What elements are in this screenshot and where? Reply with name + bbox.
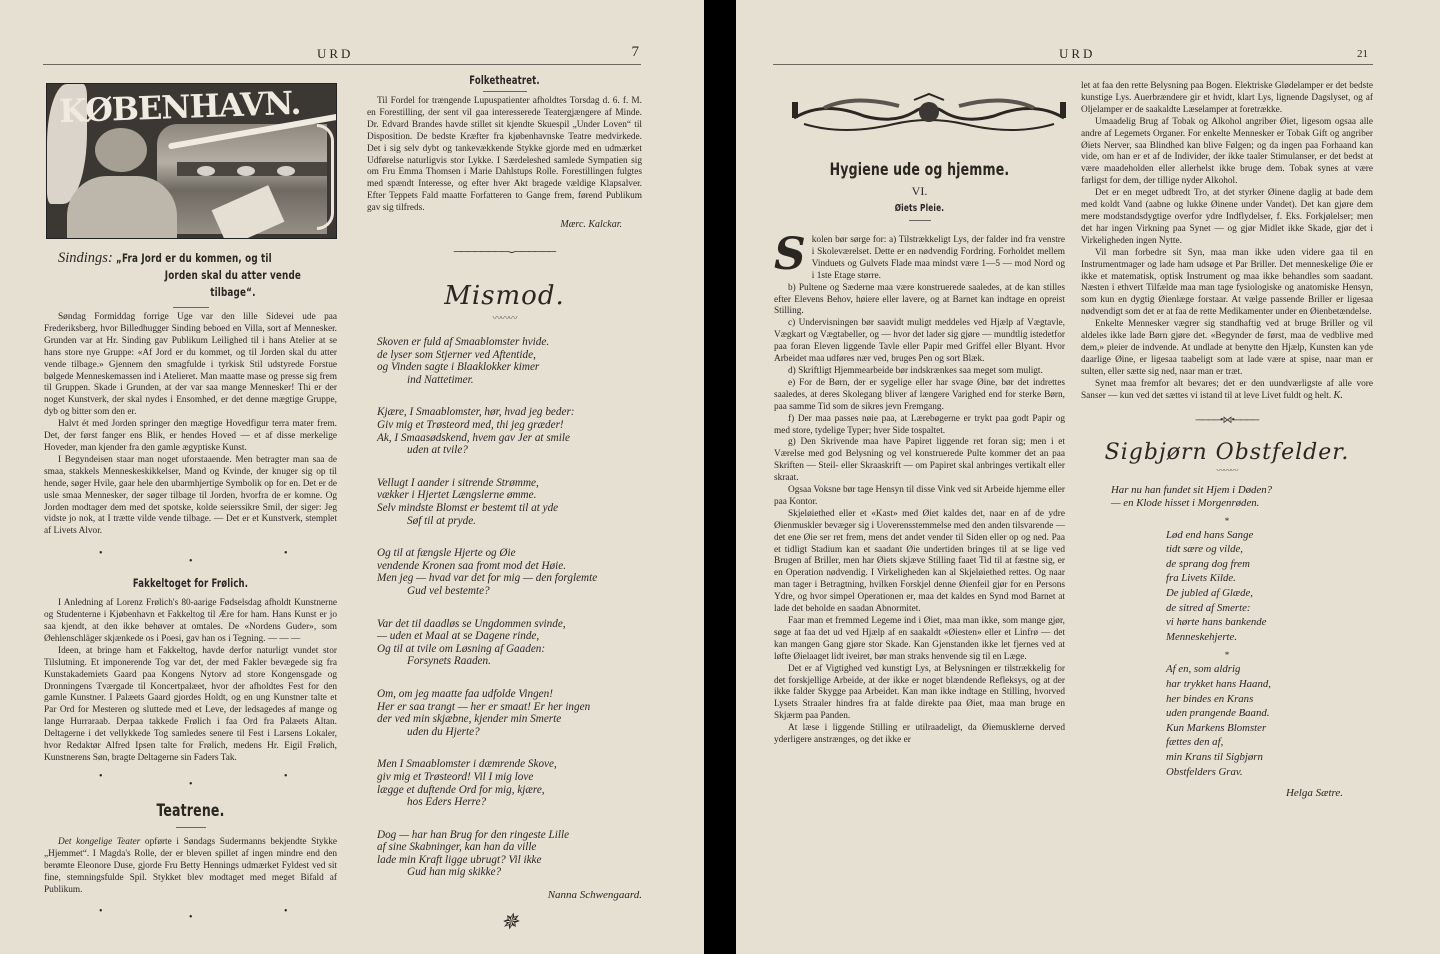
right-page: URD 21 Hygiene ude og hjemme. VI. Øiets … <box>736 0 1440 954</box>
poem-line: har trykket hans Haand, <box>1166 677 1373 692</box>
hygiene-paragraph: Det er af Vigtighed ved kunstigt Lys, at… <box>774 664 1065 724</box>
sindings-quote-2: Jorden skal du atter vende tilbage“. <box>156 267 310 301</box>
obstfelder-stanza-2: Af en, som aldrighar trykket hans Haand,… <box>1081 662 1373 779</box>
poem-line: Gud vel bestemte? <box>377 585 642 598</box>
hygiene-continued: let at faa den rette Belysning paa Bogen… <box>1081 81 1373 402</box>
poem-line: de sprang dog frem <box>1166 557 1373 572</box>
hygiene-paragraph: let at faa den rette Belysning paa Bogen… <box>1081 81 1373 117</box>
hygiene-heading: Hygiene ude og hjemme. <box>800 160 1039 180</box>
poem-stanza: Var det til daadløs se Ungdommen svinde,… <box>377 618 642 668</box>
obstfelder-stanza-1: Lød end hans Sangetidt sære og vilde,de … <box>1081 528 1373 645</box>
poem-stanza: Kjære, I Smaablomster, hør, hvad jeg bed… <box>377 406 642 456</box>
asterisk-separator: * <box>1081 650 1373 660</box>
poem-line: lægge et duftende Ord for mig, kjære, <box>377 784 642 797</box>
poem-line: giv mig et Trøsteord! Vil I mig love <box>377 771 642 784</box>
hygiene-paragraph: Umaadelig Brug af Tobak og Alkohol angri… <box>1081 117 1373 188</box>
poem-line: uden du Hjerte? <box>377 726 642 739</box>
poem-line: Giv mig et Trøsteord med, thi jeg græder… <box>377 419 642 432</box>
poem-line: Men jeg — hvad var det for mig — den for… <box>377 572 642 585</box>
poem-stanza: Om, om jeg maatte faa udfolde Vingen!Her… <box>377 688 642 738</box>
wave-divider: 〰〰〰 <box>367 311 642 324</box>
poem-line: Menneskehjerte. <box>1166 630 1373 645</box>
left-column-2: Folketheatret. Til Fordel for trængende … <box>367 73 642 928</box>
poem-line: vækker i Hjertet Længslerne ømme. <box>377 489 642 502</box>
obstfelder-signature: Helga Sætre. <box>1081 787 1343 799</box>
poem-line: Og til at fængsle Hjerte og Øie <box>377 547 642 560</box>
teatrene-heading: Teatrene. <box>70 801 310 821</box>
poem-line: Har nu han fundet sit Hjem i Døden? <box>1111 484 1373 497</box>
hygiene-subheading: Øiets Pleie. <box>800 203 1039 214</box>
left-page: URD 7 KØBENHAVN. Sindings: „Fra Jord er … <box>0 0 704 954</box>
teatrene-lead: Det kongelige Teater <box>58 837 140 847</box>
ornament-divider: ────────⌣────── <box>367 246 642 259</box>
right-column-2: let at faa den rette Belysning paa Bogen… <box>1081 81 1373 799</box>
folketheatret-paragraph: Til Fordel for trængende Lupuspatienter … <box>367 96 642 215</box>
right-column-1: Hygiene ude og hjemme. VI. Øiets Pleie. … <box>774 160 1065 747</box>
hygiene-paragraph: e) For de Børn, der er sygelige eller ha… <box>774 378 1065 414</box>
mismod-signature: Nanna Schwengaard. <box>377 889 642 902</box>
poem-line: Selv mindste Blomst er bestemt til at yd… <box>377 502 642 515</box>
poem-line: min Krans til Sigbjørn <box>1166 750 1373 765</box>
poem-line: hos Eders Herre? <box>377 796 642 809</box>
running-head: URD 7 <box>43 44 641 65</box>
poem-line: Gud han mig skikke? <box>377 866 642 879</box>
left-column-1: Sindings: „Fra Jord er du kommen, og til… <box>44 249 337 928</box>
poem-line: Om, om jeg maatte faa udfolde Vingen! <box>377 688 642 701</box>
poem-stanza: Dog — har han Brug for den ringeste Lill… <box>377 829 642 879</box>
sindings-label: Sindings: <box>58 250 113 266</box>
hygiene-paragraph: Ogsaa Voksne bør tage Hensyn til disse V… <box>774 485 1065 509</box>
journal-title: URD <box>317 46 353 62</box>
fakkeltoget-paragraph: Ideen, at bringe ham et Fakkeltog, havde… <box>44 646 337 765</box>
poem-line: Vellugt I aander i sitrende Strømme, <box>377 477 642 490</box>
poem-stanza: Og til at fængsle Hjerte og Øievendende … <box>377 547 642 597</box>
asterisk-separator: * <box>1081 516 1373 526</box>
poem-line: og Vinden sagte i Blaaklokker kimer <box>377 361 642 374</box>
sindings-paragraph: Søndag Formiddag forrige Uge var den lil… <box>44 312 337 419</box>
ornamental-header-icon <box>784 90 1074 140</box>
poem-line: de sitred af Smerte: <box>1166 601 1373 616</box>
poem-line: de lyser som Stjerner ved Aftentide, <box>377 349 642 362</box>
hygiene-paragraph: Vil man forbedre sit Syn, maa man ikke u… <box>1081 248 1373 319</box>
hygiene-paragraph: Synet maa fremfor alt bevares; det er de… <box>1081 379 1373 403</box>
poem-line: Og til at tvile om Løsning af Gaaden: <box>377 643 642 656</box>
star-ornament-icon: ✵ <box>377 916 642 929</box>
fakkeltoget-paragraph: I Anledning af Lorenz Frølich's 80-aarig… <box>44 598 337 646</box>
hygiene-paragraph: c) Undervisningen bør saavidt muligt med… <box>774 318 1065 366</box>
poem-stanza: Vellugt I aander i sitrende Strømme,vækk… <box>377 477 642 527</box>
poem-line: Her er saa trangt — her er smaat! Er her… <box>377 701 642 714</box>
poem-line: Obstfelders Grav. <box>1166 765 1373 780</box>
folketheatret-signature: Mærc. Kalckar. <box>367 219 622 230</box>
divider <box>173 307 209 308</box>
hygiene-paragraph: f) Der maa passes nøie paa, at Lærebøger… <box>774 414 1065 438</box>
poem-line: Kun Markens Blomster <box>1166 721 1373 736</box>
poem-line: fra Livets Kilde. <box>1166 571 1373 586</box>
poem-line: — uden et Maal at se Dagene rinde, <box>377 630 642 643</box>
poem-line: ind Nattetimer. <box>377 374 642 387</box>
sindings-paragraph: Halvt ét med Jorden springer den mægtige… <box>44 419 337 455</box>
poem-line: — en Klode hisset i Morgenrøden. <box>1111 497 1373 510</box>
poem-line: Forsynets Raaden. <box>377 655 642 668</box>
hygiene-paragraph: g) Den Skrivende maa have Papiret liggen… <box>774 437 1065 485</box>
part-number: VI. <box>774 184 1065 199</box>
wave-divider: 〰〰〰 <box>1081 465 1373 476</box>
hygiene-paragraph: d) Skriftligt Hjemmearbeide bør indskræn… <box>774 366 1065 378</box>
poem-line: Søf til at pryde. <box>377 515 642 528</box>
page-number: 7 <box>632 44 640 61</box>
dropcap: S <box>774 237 806 273</box>
fakkeltoget-heading: Fakkeltoget for Frølich. <box>70 576 310 590</box>
mismod-poem: Skoven er fuld af Smaablomster hvide.de … <box>367 336 642 928</box>
mismod-title: Mismod. <box>367 281 642 311</box>
running-head: URD 21 <box>773 44 1373 65</box>
obstfelder-title: Sigbjørn Obstfelder. <box>1081 440 1373 465</box>
poem-line: her bindes en Krans <box>1166 692 1373 707</box>
sindings-paragraph: I Begyndeisen staar man noget uforstaaen… <box>44 455 337 538</box>
poem-line: Men I Smaablomster i dæmrende Skove, <box>377 758 642 771</box>
page-number: 21 <box>1357 48 1368 60</box>
hygiene-first-paragraph: Skolen bør sørge for: a) Tilstrækkeligt … <box>774 235 1065 283</box>
obstfelder-intro: Har nu han fundet sit Hjem i Døden? — en… <box>1081 484 1373 509</box>
hygiene-paragraphs: b) Pultene og Sæderne maa være konstruer… <box>774 283 1065 747</box>
hygiene-paragraph: Skjeløiethed eller et «Kast» med Øiet ka… <box>774 509 1065 616</box>
poem-line: vi hørte hans bankende <box>1166 615 1373 630</box>
hygiene-paragraph: Det er en meget udbredt Tro, at det styr… <box>1081 188 1373 248</box>
teatrene-paragraph: Det kongelige Teater opførte i Søndags S… <box>44 837 337 897</box>
hygiene-paragraph: b) Pultene og Sæderne maa være konstruer… <box>774 283 1065 319</box>
separator-dots: ••• <box>44 548 337 570</box>
separator-dots: ••• <box>44 906 337 928</box>
divider <box>909 220 931 221</box>
poem-stanza: Men I Smaablomster i dæmrende Skove,giv … <box>377 758 642 808</box>
poem-line: tidt sære og vilde, <box>1166 542 1373 557</box>
poem-line: fættes den af, <box>1166 735 1373 750</box>
poem-line: vendende Kronen saa fromt mod det Høie. <box>377 560 642 573</box>
sindings-quote-1: „Fra Jord er du kommen, og til <box>116 250 272 267</box>
poem-line: Dog — har han Brug for den ringeste Lill… <box>377 829 642 842</box>
poem-line: uden at tvile? <box>377 444 642 457</box>
poem-line: Af en, som aldrig <box>1166 662 1373 677</box>
poem-line: Kjære, I Smaablomster, hør, hvad jeg bed… <box>377 406 642 419</box>
divider <box>176 827 206 828</box>
separator-dots: ••• <box>44 771 337 793</box>
poem-line: Lød end hans Sange <box>1166 528 1373 543</box>
kobenhavn-illustration: KØBENHAVN. <box>46 83 337 239</box>
poem-line: der ved min skjæbne, kjender min Smerte <box>377 713 642 726</box>
hygiene-first-text: kolen bør sørge for: a) Tilstrækkeligt L… <box>812 235 1065 281</box>
poem-line: De jubled af Glæde, <box>1166 586 1373 601</box>
ornament-divider: ────•⋈•──── <box>1081 415 1373 426</box>
poem-line: lade min Kraft ligge ubrugt? Vil ikke <box>377 854 642 867</box>
divider <box>483 91 527 92</box>
poem-line: Ak, I Smaasødskend, hvem gav Jer at smil… <box>377 432 642 445</box>
folketheatret-heading: Folketheatret. <box>392 73 618 87</box>
journal-title: URD <box>1059 46 1095 62</box>
poem-line: af sine Skabninger, kan han da ville <box>377 841 642 854</box>
hygiene-paragraph: Enkelte Mennesker vægrer sig standhaftig… <box>1081 319 1373 379</box>
poem-line: Var det til daadløs se Ungdommen svinde, <box>377 618 642 631</box>
sindings-heading: Sindings: „Fra Jord er du kommen, og til… <box>44 249 337 301</box>
poem-line: uden prangende Baand. <box>1166 706 1373 721</box>
poem-line: Skoven er fuld af Smaablomster hvide. <box>377 336 642 349</box>
hygiene-paragraph: At læse i liggende Stilling er utilraade… <box>774 723 1065 747</box>
hygiene-paragraph: Faar man et fremmed Legeme ind i Øiet, m… <box>774 616 1065 664</box>
poem-stanza: Skoven er fuld af Smaablomster hvide.de … <box>377 336 642 386</box>
